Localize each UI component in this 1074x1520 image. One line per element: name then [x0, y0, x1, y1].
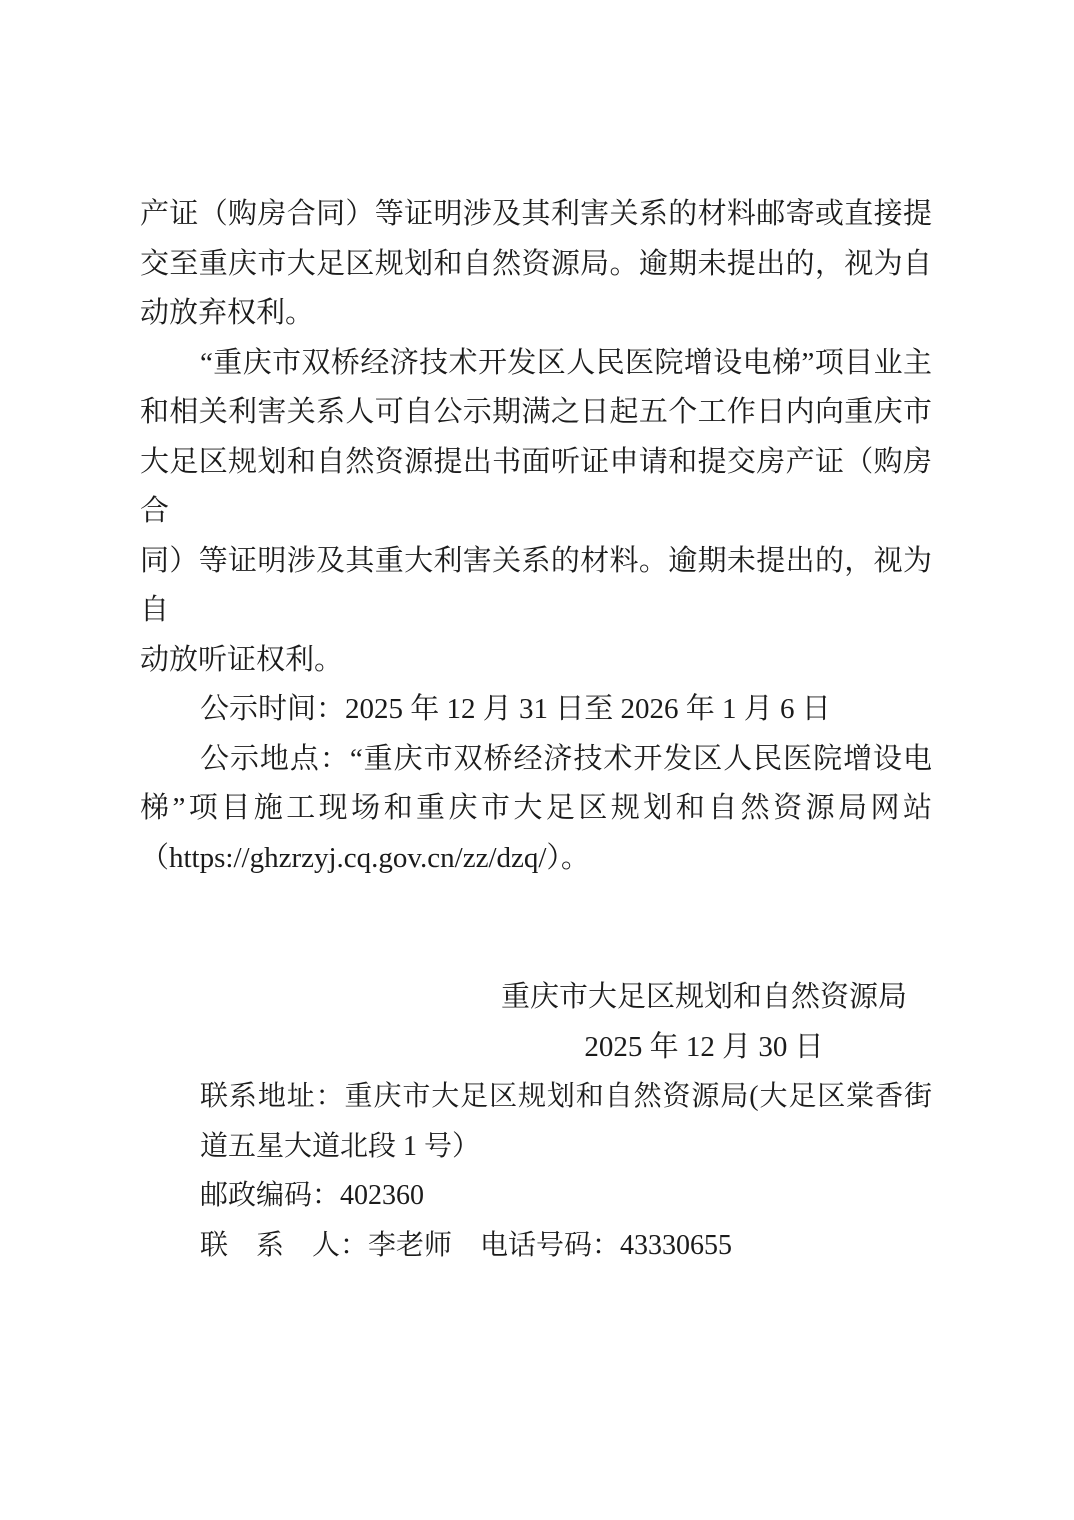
contact-address-line: 联系地址：重庆市大足区规划和自然资源局(大足区棠香街: [200, 1072, 932, 1122]
notice-text-block: 产证（购房合同）等证明涉及其利害关系的材料邮寄或直接提 交至重庆市大足区规划和自…: [140, 190, 932, 1270]
signature-block: 重庆市大足区规划和自然资源局 2025 年 12 月 30 日: [494, 973, 914, 1072]
publicity-location-line: 梯”项目施工现场和重庆市大足区规划和自然资源局网站: [140, 784, 932, 834]
body-line: 同）等证明涉及其重大利害关系的材料。逾期未提出的，视为自: [140, 537, 932, 636]
issue-date: 2025 年 12 月 30 日: [494, 1023, 914, 1073]
document-page: 产证（购房合同）等证明涉及其利害关系的材料邮寄或直接提 交至重庆市大足区规划和自…: [0, 0, 1074, 1520]
body-line: 动放弃权利。: [140, 289, 932, 339]
contact-block: 联系地址：重庆市大足区规划和自然资源局(大足区棠香街 道五星大道北段 1 号） …: [140, 1072, 932, 1270]
body-line: 交至重庆市大足区规划和自然资源局。逾期未提出的，视为自: [140, 240, 932, 290]
publicity-url-line: （https://ghzrzyj.cq.gov.cn/zz/dzq/）。: [140, 834, 932, 884]
spacer: [140, 883, 932, 973]
issuer-name: 重庆市大足区规划和自然资源局: [494, 973, 914, 1023]
body-line: “重庆市双桥经济技术开发区人民医院增设电梯”项目业主: [140, 339, 932, 389]
body-line: 产证（购房合同）等证明涉及其利害关系的材料邮寄或直接提: [140, 190, 932, 240]
publicity-location-line: 公示地点：“重庆市双桥经济技术开发区人民医院增设电: [140, 735, 932, 785]
publicity-time-line: 公示时间：2025 年 12 月 31 日至 2026 年 1 月 6 日: [140, 685, 932, 735]
contact-person-line: 联 系 人：李老师 电话号码：43330655: [200, 1221, 932, 1271]
body-line: 大足区规划和自然资源提出书面听证申请和提交房产证（购房合: [140, 438, 932, 537]
postal-code-line: 邮政编码：402360: [200, 1171, 932, 1221]
body-line: 动放听证权利。: [140, 636, 932, 686]
body-line: 和相关利害关系人可自公示期满之日起五个工作日内向重庆市: [140, 388, 932, 438]
contact-address-line: 道五星大道北段 1 号）: [200, 1122, 932, 1172]
